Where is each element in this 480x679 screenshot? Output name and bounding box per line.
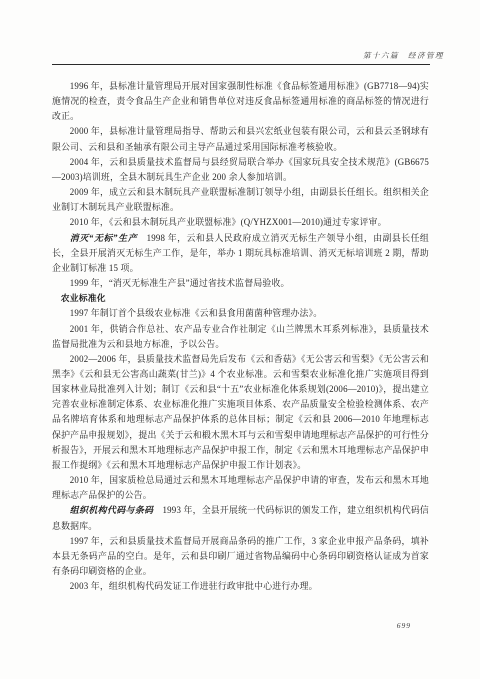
paragraph: 1999 年，“消灭无标准生产县”通过省技术监督局验收。 — [52, 276, 429, 291]
paragraph: 2010 年，国家质检总局通过云和黑木耳地理标志产品保护申请的审查，发布云和黑木… — [52, 473, 429, 503]
document-page: 第十六篇 经济管理 1996 年，县标准计量管理局开展对国家强制性标准《食品标签… — [0, 0, 480, 679]
paragraph-text: 农业标准化 — [61, 293, 106, 303]
paragraph: 2004 年，云和县质量技术监督局与县经贸局联合举办《国家玩具安全技术规范》(G… — [52, 155, 429, 185]
paragraph-text: 2002—2006 年，县质量技术监督局先后发布《云和香菇》《无公害云和雪梨》《… — [52, 354, 429, 470]
page-body: 1996 年，县标准计量管理局开展对国家强制性标准《食品标签通用标准》(GB77… — [52, 79, 429, 594]
run-in-heading: 组织机构代码与条码 — [70, 505, 154, 515]
paragraph: 2010 年，《云和县木制玩具产业联盟标准》(Q/YHZX001—2010)通过… — [52, 215, 429, 230]
section-heading: 农业标准化 — [52, 291, 429, 306]
page-number: 699 — [397, 621, 411, 630]
header-rule — [52, 64, 430, 65]
paragraph: 2000 年，县标准计量管理局指导、帮助云和县兴宏纸业包装有限公司，云和县云圣钢… — [52, 124, 429, 154]
paragraph-text: 1996 年，县标准计量管理局开展对国家强制性标准《食品标签通用标准》(GB77… — [52, 81, 429, 121]
paragraph-text: 2010 年，《云和县木制玩具产业联盟标准》(Q/YHZX001—2010)通过… — [70, 217, 387, 227]
paragraph: 1997 年，云和县质量技术监督局开展商品条码的推广工作，3 家企业申报产品条码… — [52, 534, 429, 579]
paragraph: 2001 年，供销合作总社、农产品专业合作社制定《山兰牌黑木耳系列标准》，县质量… — [52, 322, 429, 352]
paragraph-text: 2004 年，云和县质量技术监督局与县经贸局联合举办《国家玩具安全技术规范》(G… — [52, 157, 429, 182]
labeled-paragraph: 消灭“无标”生产 1998 年，云和县人民政府成立消灭无标生产领导小组，由副县长… — [52, 231, 429, 276]
paragraph-text: 2000 年，县标准计量管理局指导、帮助云和县兴宏纸业包装有限公司，云和县云圣钢… — [52, 126, 429, 151]
paragraph: 1996 年，县标准计量管理局开展对国家强制性标准《食品标签通用标准》(GB77… — [52, 79, 429, 124]
paragraph: 1997 年制订首个县级农业标准《云和县食用菌菌种管理办法》。 — [52, 306, 429, 321]
labeled-paragraph: 组织机构代码与条码 1993 年，全县开展统一代码标识的颁发工作，建立组织机构代… — [52, 503, 429, 533]
paragraph: 2003 年，组织机构代码发证工作进驻行政审批中心进行办理。 — [52, 579, 429, 594]
paragraph-text: 1997 年，云和县质量技术监督局开展商品条码的推广工作，3 家企业申报产品条码… — [52, 536, 429, 576]
paragraph-text: 2001 年，供销合作总社、农产品专业合作社制定《山兰牌黑木耳系列标准》，县质量… — [52, 324, 429, 349]
paragraph-text: 1997 年制订首个县级农业标准《云和县食用菌菌种管理办法》。 — [70, 308, 322, 318]
paragraph: 2002—2006 年，县质量技术监督局先后发布《云和香菇》《无公害云和雪梨》《… — [52, 352, 429, 473]
running-head: 第十六篇 经济管理 — [363, 51, 444, 60]
paragraph-text: 2003 年，组织机构代码发证工作进驻行政审批中心进行办理。 — [70, 581, 318, 591]
paragraph-text: 2009 年，成立云和县木制玩具产业联盟标准制订领导小组，由副县长任组长。组织相… — [52, 187, 429, 212]
paragraph-text: 1999 年，“消灭无标准生产县”通过省技术监督局验收。 — [70, 278, 290, 288]
paragraph-text: 2010 年，国家质检总局通过云和黑木耳地理标志产品保护申请的审查，发布云和黑木… — [52, 475, 429, 500]
paragraph: 2009 年，成立云和县木制玩具产业联盟标准制订领导小组，由副县长任组长。组织相… — [52, 185, 429, 215]
chapter-title: 第十六篇 经济管理 — [363, 51, 444, 60]
run-in-heading: 消灭“无标”生产 — [70, 233, 137, 243]
